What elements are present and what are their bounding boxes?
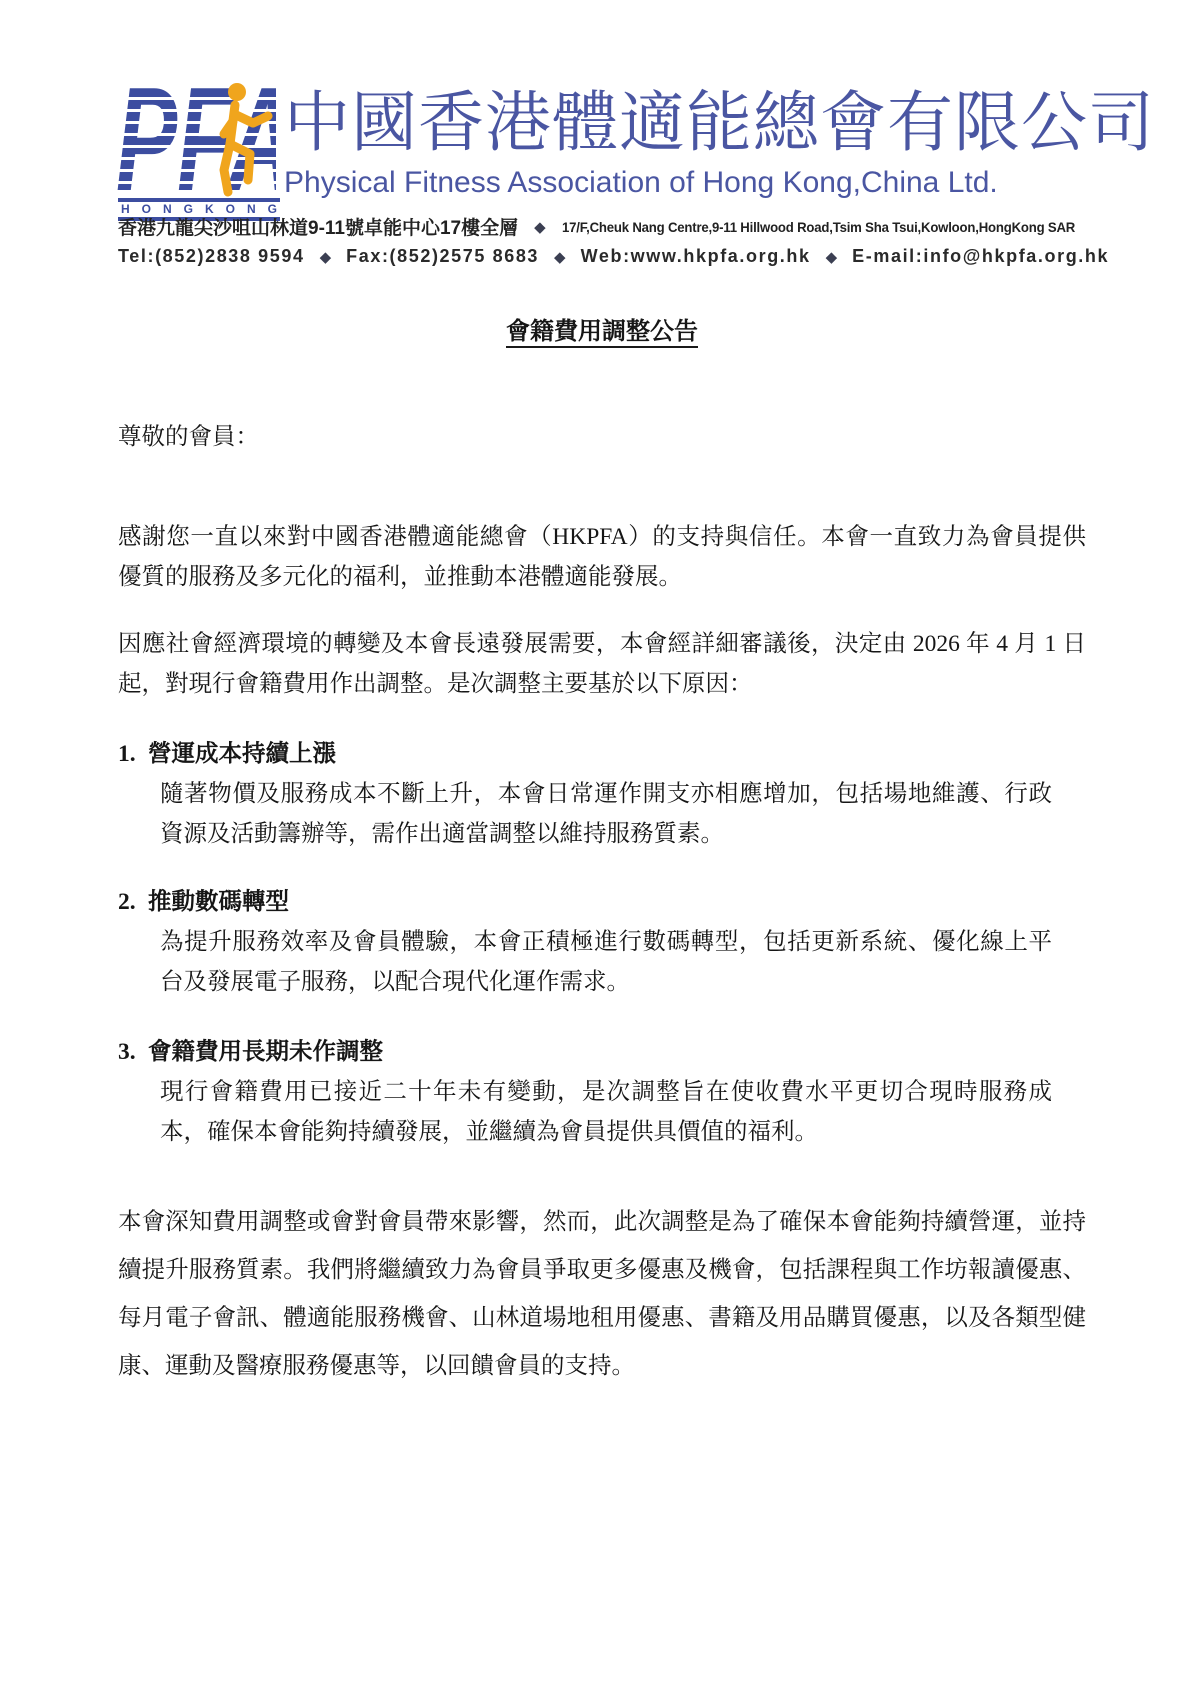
diamond-icon: ◆ (534, 218, 546, 236)
reason-number: 2. (118, 882, 148, 922)
org-name-en: Physical Fitness Association of Hong Kon… (284, 166, 1114, 200)
salutation: 尊敬的會員： (118, 417, 1086, 457)
tel-text: Tel:(852)2838 9594 (118, 246, 305, 267)
document-title: 會籍費用調整公告 (118, 312, 1086, 352)
letterhead: PFA H O N G K O N G (0, 0, 1202, 290)
paragraph-thanks: 感謝您一直以來對中國香港體適能總會（HKPFA）的支持與信任。本會一直致力為會員… (118, 517, 1086, 597)
pfa-monogram-icon: PFA (116, 76, 276, 198)
reason-number: 1. (118, 734, 148, 774)
reason-body: 隨著物價及服務成本不斷上升，本會日常運作開支亦相應增加，包括場地維護、行政資源及… (160, 774, 1052, 854)
letter-body: 會籍費用調整公告 尊敬的會員： 感謝您一直以來對中國香港體適能總會（HKPFA）… (118, 312, 1086, 1390)
contact-row: Tel:(852)2838 9594 ◆ Fax:(852)2575 8683 … (118, 246, 1118, 267)
reason-heading-row: 3. 會籍費用長期未作調整 (118, 1032, 1086, 1072)
paragraph-adjustment-notice: 因應社會經濟環境的轉變及本會長遠發展需要，本會經詳細審議後，決定由 2026 年… (118, 624, 1086, 704)
org-name-block: 中國香港體適能總會有限公司 Physical Fitness Associati… (284, 80, 1114, 200)
reason-number: 3. (118, 1032, 148, 1072)
reason-heading-row: 2. 推動數碼轉型 (118, 882, 1086, 922)
reason-heading: 營運成本持續上漲 (148, 734, 336, 774)
org-name-zh: 中國香港體適能總會有限公司 (284, 80, 1114, 164)
diamond-icon: ◆ (320, 248, 332, 266)
address-en: 17/F,Cheuk Nang Centre,9-11 Hillwood Roa… (562, 219, 1075, 235)
address-row: 香港九龍尖沙咀山林道9-11號卓能中心17樓全層 ◆ 17/F,Cheuk Na… (118, 213, 1118, 240)
closing-paragraph: 本會深知費用調整或會對會員帶來影響，然而，此次調整是為了確保本會能夠持續營運，並… (118, 1198, 1086, 1390)
web-text: Web:www.hkpfa.org.hk (581, 246, 811, 267)
reason-heading-row: 1. 營運成本持續上漲 (118, 734, 1086, 774)
reason-item-2: 2. 推動數碼轉型 為提升服務效率及會員體驗，本會正積極進行數碼轉型，包括更新系… (118, 882, 1086, 1002)
reason-item-1: 1. 營運成本持續上漲 隨著物價及服務成本不斷上升，本會日常運作開支亦相應增加，… (118, 734, 1086, 854)
reason-body: 為提升服務效率及會員體驗，本會正積極進行數碼轉型，包括更新系統、優化線上平台及發… (160, 922, 1052, 1002)
reason-item-3: 3. 會籍費用長期未作調整 現行會籍費用已接近二十年未有變動，是次調整旨在使收費… (118, 1032, 1086, 1152)
reason-heading: 會籍費用長期未作調整 (148, 1032, 383, 1072)
document-title-text: 會籍費用調整公告 (506, 319, 698, 348)
scanned-letter-page: PFA H O N G K O N G (0, 0, 1202, 1700)
reason-body: 現行會籍費用已接近二十年未有變動，是次調整旨在使收費水平更切合現時服務成本，確保… (160, 1072, 1052, 1152)
diamond-icon: ◆ (554, 248, 566, 266)
diamond-icon: ◆ (826, 248, 838, 266)
reason-heading: 推動數碼轉型 (148, 882, 289, 922)
fax-text: Fax:(852)2575 8683 (346, 246, 539, 267)
email-text: E-mail:info@hkpfa.org.hk (852, 246, 1109, 267)
address-zh: 香港九龍尖沙咀山林道9-11號卓能中心17樓全層 (118, 213, 518, 240)
